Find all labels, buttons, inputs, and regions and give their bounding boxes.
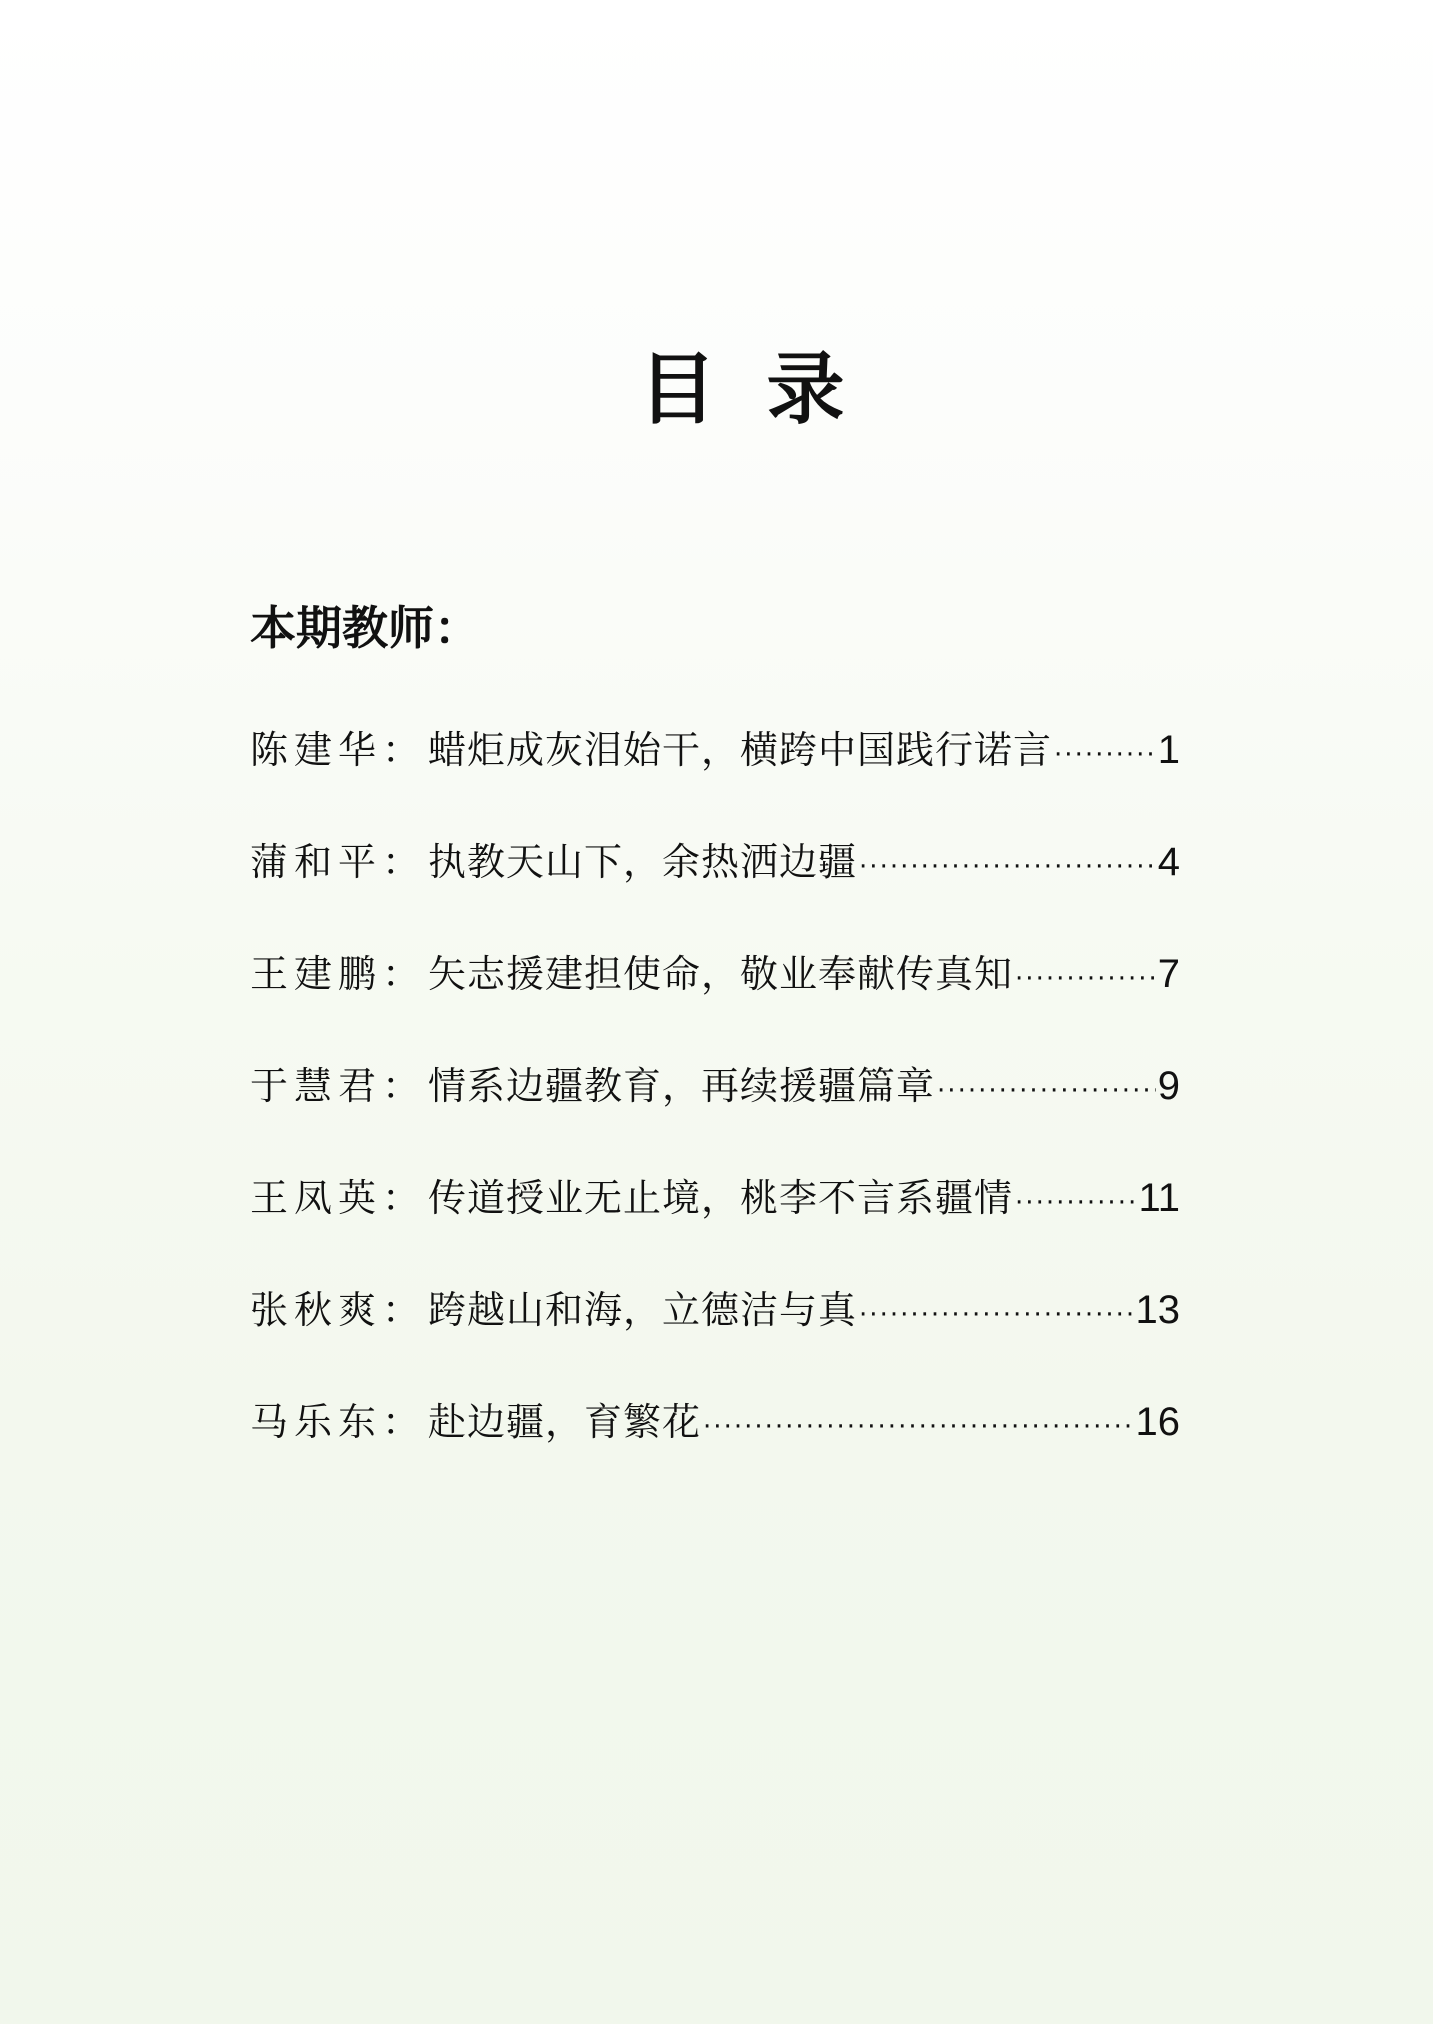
toc-teacher-name: 王建鹏 <box>250 939 382 1009</box>
toc-article-title: 传道授业无止境，桃李不言系疆情 <box>428 1163 1013 1233</box>
toc-page-number: 13 <box>1136 1275 1181 1345</box>
toc-article-title: 跨越山和海，立德洁与真 <box>428 1275 857 1345</box>
toc-teacher-name: 马乐东 <box>250 1387 382 1457</box>
toc-separator: ： <box>382 1051 420 1121</box>
toc-entry[interactable]: 王建鹏：矢志援建担使命，敬业奉献传真知7 <box>250 939 1180 1051</box>
toc-separator: ： <box>382 939 420 1009</box>
page-title: 目录 <box>0 340 1433 440</box>
toc-page-number: 11 <box>1138 1163 1180 1233</box>
toc-teacher-name: 张秋爽 <box>250 1275 382 1345</box>
toc-article-title: 赴边疆，育繁花 <box>428 1387 701 1457</box>
toc-separator: ： <box>382 715 420 785</box>
toc-dot-leader <box>1015 944 1156 1014</box>
toc-article-title: 矢志援建担使命，敬业奉献传真知 <box>428 939 1013 1009</box>
toc-separator: ： <box>382 1275 420 1345</box>
toc-separator: ： <box>382 1387 420 1457</box>
toc-article-title: 蜡炬成灰泪始干，横跨中国践行诺言 <box>428 715 1052 785</box>
toc-dot-leader <box>937 1056 1156 1126</box>
toc-teacher-name: 陈建华 <box>250 715 382 785</box>
toc-page-number: 9 <box>1158 1051 1180 1121</box>
toc-dot-leader <box>703 1392 1133 1462</box>
toc-page-number: 1 <box>1158 715 1180 785</box>
toc-page-number: 16 <box>1136 1387 1181 1457</box>
toc-article-title: 情系边疆教育，再续援疆篇章 <box>428 1051 935 1121</box>
toc-entry[interactable]: 陈建华：蜡炬成灰泪始干，横跨中国践行诺言1 <box>250 715 1180 827</box>
document-page: 目录 本期教师： 陈建华：蜡炬成灰泪始干，横跨中国践行诺言1 蒲和平：执教天山下… <box>0 0 1433 2024</box>
table-of-contents: 陈建华：蜡炬成灰泪始干，横跨中国践行诺言1 蒲和平：执教天山下，余热洒边疆4 王… <box>250 715 1180 1499</box>
toc-teacher-name: 蒲和平 <box>250 827 382 897</box>
toc-teacher-name: 于慧君 <box>250 1051 382 1121</box>
toc-entry[interactable]: 于慧君：情系边疆教育，再续援疆篇章9 <box>250 1051 1180 1163</box>
toc-entry[interactable]: 王凤英：传道授业无止境，桃李不言系疆情11 <box>250 1163 1180 1275</box>
toc-entry[interactable]: 张秋爽：跨越山和海，立德洁与真13 <box>250 1275 1180 1387</box>
toc-page-number: 4 <box>1158 827 1180 897</box>
toc-teacher-name: 王凤英 <box>250 1163 382 1233</box>
toc-dot-leader <box>1015 1168 1136 1238</box>
toc-separator: ： <box>382 827 420 897</box>
toc-entry[interactable]: 马乐东：赴边疆，育繁花16 <box>250 1387 1180 1499</box>
toc-article-title: 执教天山下，余热洒边疆 <box>428 827 857 897</box>
toc-dot-leader <box>859 1280 1133 1350</box>
toc-separator: ： <box>382 1163 420 1233</box>
toc-dot-leader <box>1054 720 1156 790</box>
toc-entry[interactable]: 蒲和平：执教天山下，余热洒边疆4 <box>250 827 1180 939</box>
toc-page-number: 7 <box>1158 939 1180 1009</box>
toc-dot-leader <box>859 832 1156 902</box>
section-heading: 本期教师： <box>250 598 480 658</box>
